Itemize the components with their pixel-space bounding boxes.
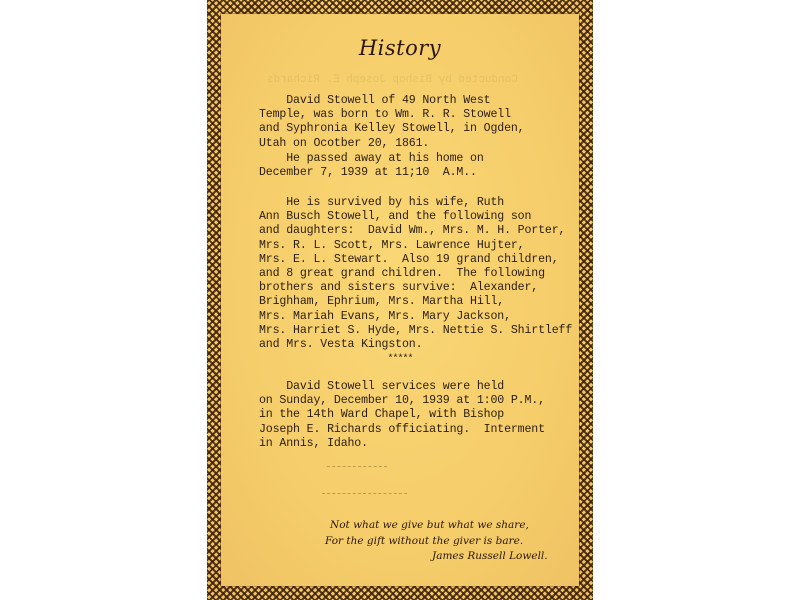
birth-paragraph: David Stowell of 49 North West Temple, w… xyxy=(259,94,589,151)
bleed-through-dash xyxy=(327,466,387,467)
section-separator: ***** xyxy=(207,354,593,365)
page-title: History xyxy=(207,36,593,60)
closing-quote: Not what we give but what we share, For … xyxy=(207,518,593,565)
quote-attribution: James Russell Lowell. xyxy=(207,549,593,565)
bleed-through-text: Conducted by Bishop Joseph E. Richards xyxy=(267,74,518,86)
death-paragraph: He passed away at his home on December 7… xyxy=(259,152,589,180)
bleed-through-dash xyxy=(322,493,407,494)
quote-line-1: Not what we give but what we share, xyxy=(207,518,593,534)
quote-line-2: For the gift without the giver is bare. xyxy=(207,534,593,550)
program-page: Conducted by Bishop Joseph E. Richards H… xyxy=(207,0,593,600)
survivors-paragraph: He is survived by his wife, Ruth Ann Bus… xyxy=(259,196,589,352)
services-paragraph: David Stowell services were held on Sund… xyxy=(259,380,589,451)
